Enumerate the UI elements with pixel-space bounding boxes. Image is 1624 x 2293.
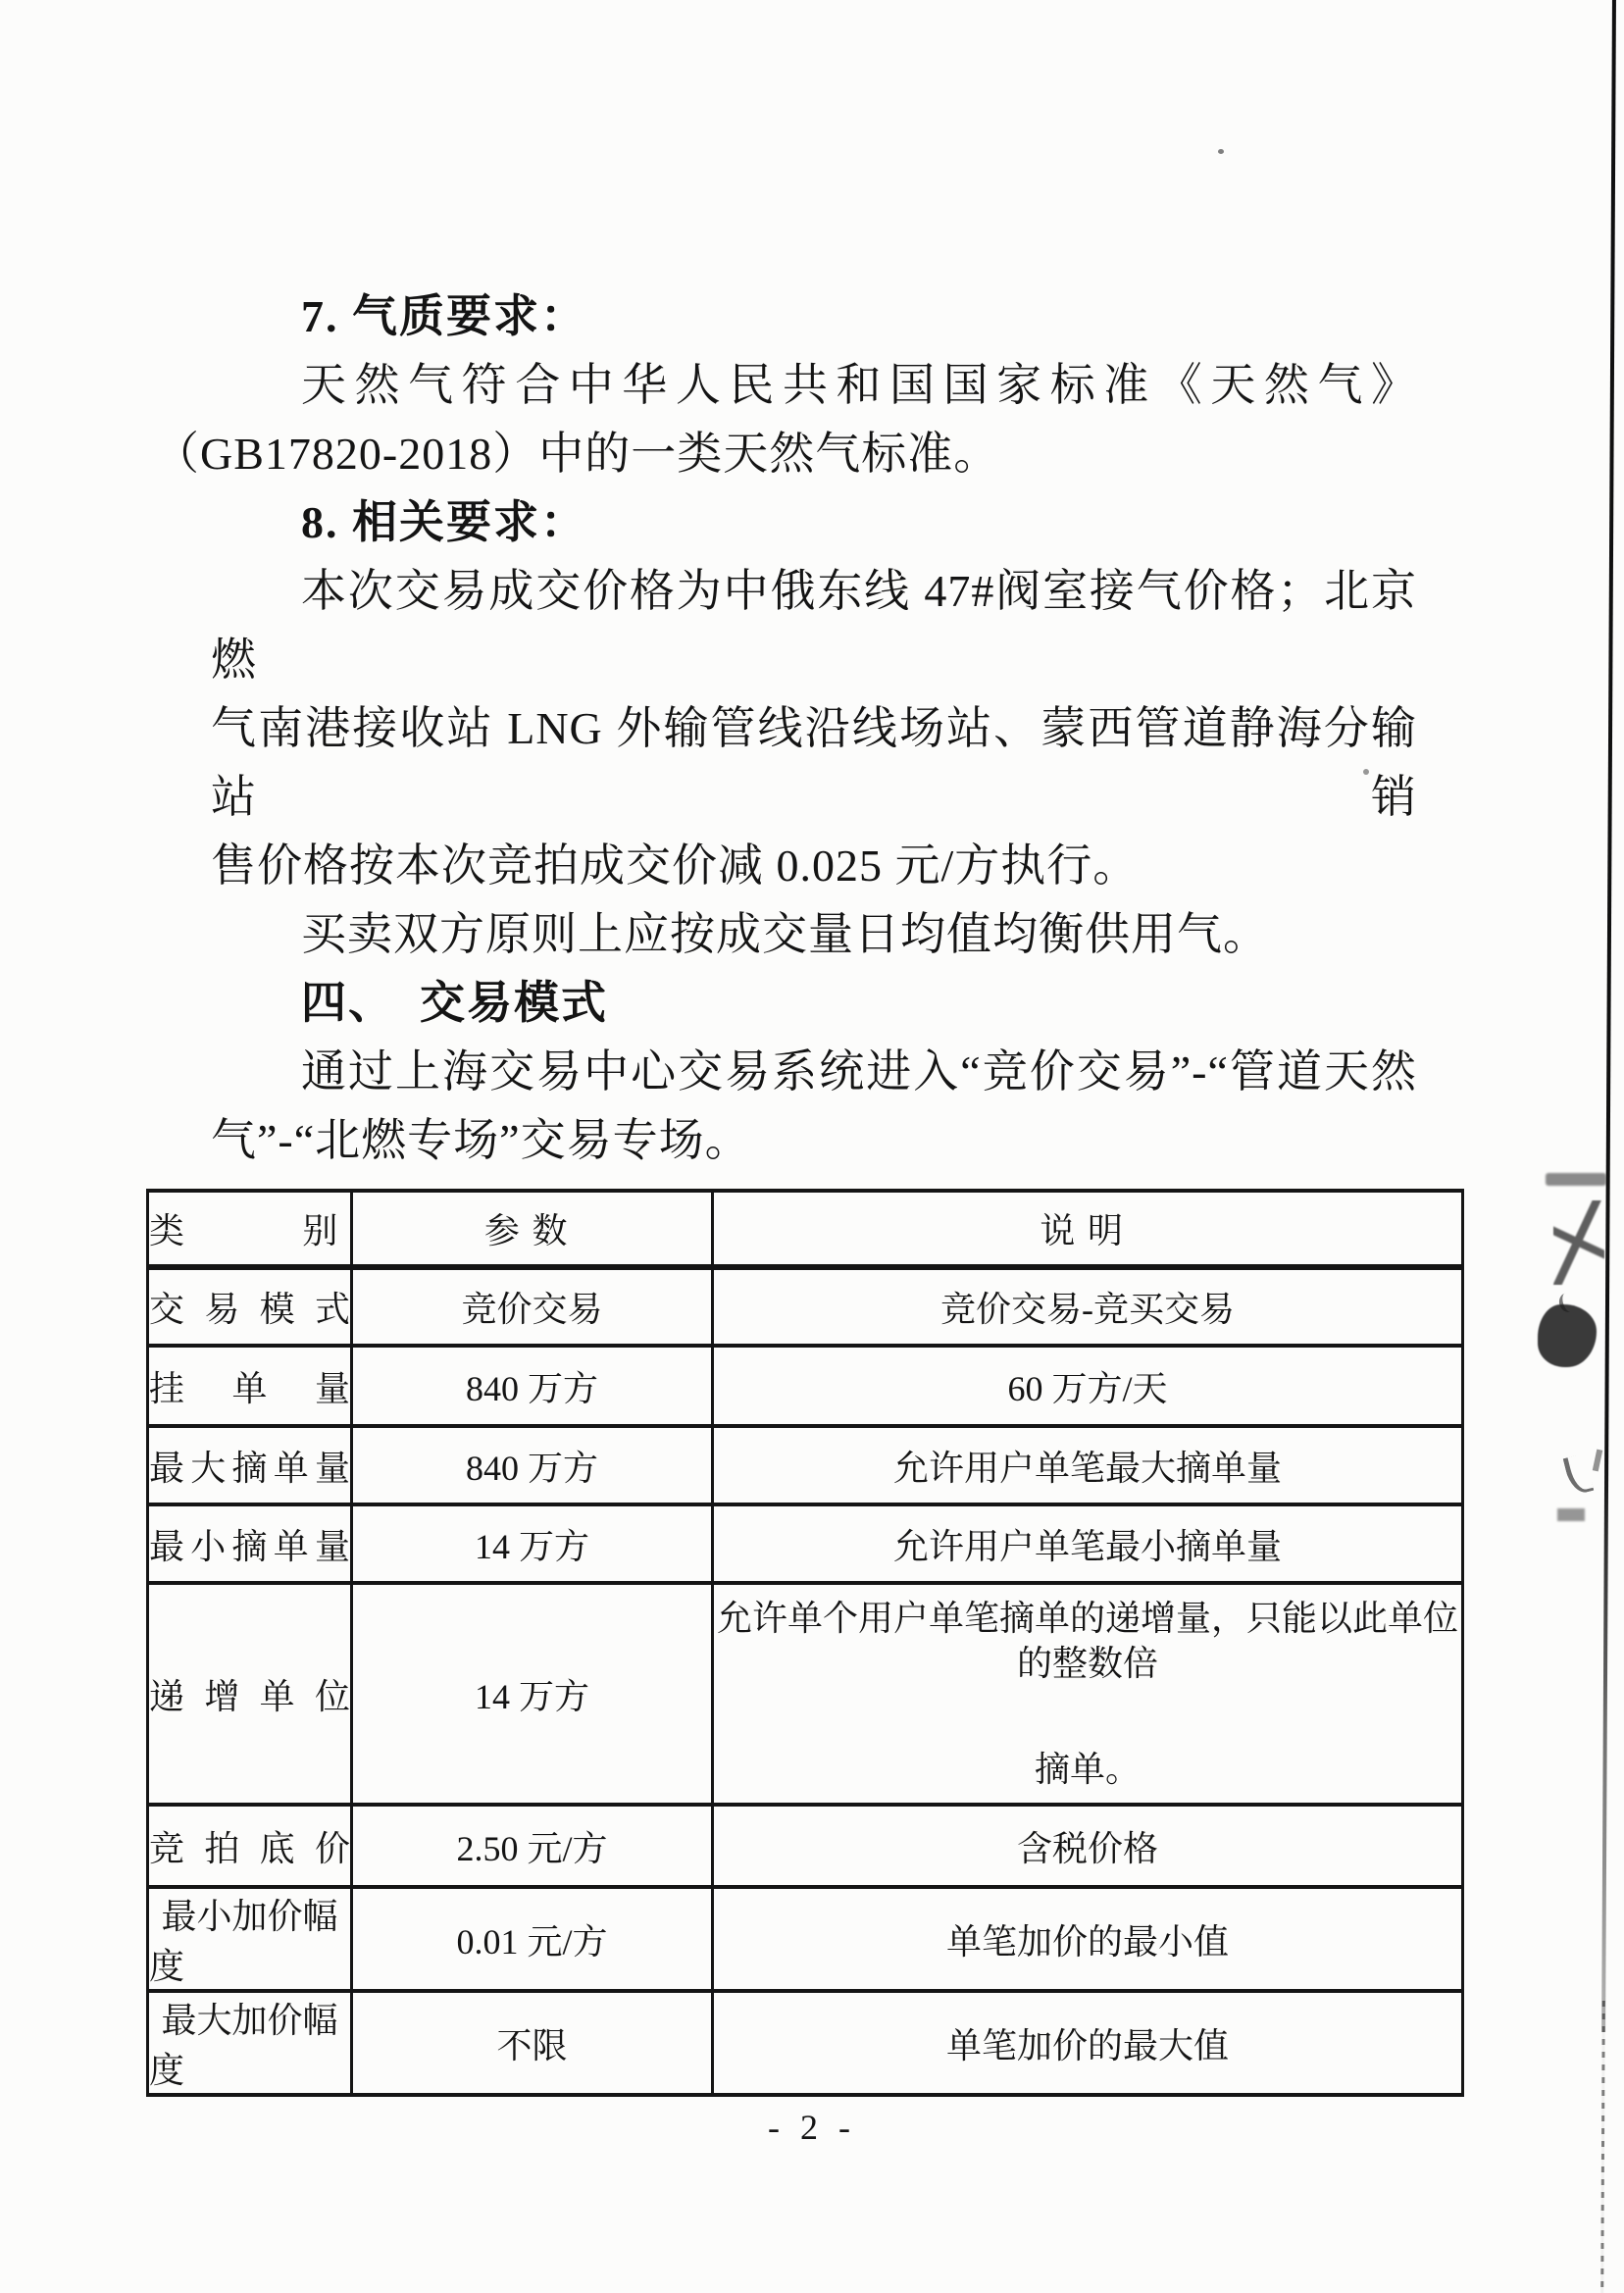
document-content: 7. 气质要求： 天然气符合中华人民共和国国家标准《天然气》 （GB17820-… [146, 0, 1461, 2097]
table-row: 最小摘单量 14 万方 允许用户单笔最小摘单量 [148, 1504, 1463, 1583]
scan-artifact-smudge [1556, 1291, 1579, 1315]
cell-parameter: 14 万方 [352, 1583, 713, 1805]
section-heading-7: 7. 气质要求： [211, 282, 1417, 351]
cell-category: 递增单位 [148, 1583, 352, 1805]
section-heading-8: 8. 相关要求： [211, 488, 1417, 557]
cell-category: 竞拍底价 [148, 1805, 352, 1887]
cell-category: 最小摘单量 [148, 1504, 352, 1583]
table-row: 最大摘单量 840 万方 允许用户单笔最大摘单量 [148, 1426, 1463, 1504]
cell-category: 最大摘单量 [148, 1426, 352, 1504]
body-line: 气”-“北燃专场”交易专场。 [211, 1106, 1417, 1175]
cell-parameter: 14 万方 [352, 1504, 713, 1583]
scan-artifact-smudge [1546, 1173, 1606, 1186]
cell-parameter: 2.50 元/方 [352, 1805, 713, 1887]
scan-artifact-smudge [1563, 1453, 1595, 1496]
table-row: 挂单量 840 万方 60 万方/天 [148, 1346, 1463, 1426]
cell-description: 单笔加价的最小值 [713, 1887, 1463, 1991]
cell-description: 竞价交易-竞买交易 [713, 1267, 1463, 1346]
body-line: 买卖双方原则上应按成交量日均值均衡供用气。 [211, 900, 1417, 969]
table-header-row: 类别 参数 说明 [148, 1191, 1463, 1267]
cell-description: 允许用户单笔最大摘单量 [713, 1426, 1463, 1504]
table-row: 竞拍底价 2.50 元/方 含税价格 [148, 1805, 1463, 1887]
scan-artifact-smudge [1557, 1508, 1585, 1521]
description-line: 摘单。 [714, 1747, 1461, 1792]
cell-parameter: 0.01 元/方 [352, 1887, 713, 1991]
column-header-category: 类别 [148, 1191, 352, 1267]
cell-parameter: 竞价交易 [352, 1267, 713, 1346]
cell-category: 最大加价幅度 [148, 1991, 352, 2095]
document-page: 7. 气质要求： 天然气符合中华人民共和国国家标准《天然气》 （GB17820-… [0, 0, 1624, 2293]
cell-parameter: 840 万方 [352, 1346, 713, 1426]
cell-description: 单笔加价的最大值 [713, 1991, 1463, 2095]
section-heading-4-trading-mode: 四、 交易模式 [211, 969, 1417, 1038]
body-line: 通过上海交易中心交易系统进入“竞价交易”-“管道天然 [211, 1038, 1417, 1106]
table-row: 最小加价幅度 0.01 元/方 单笔加价的最小值 [148, 1887, 1463, 1991]
cell-parameter: 不限 [352, 1991, 713, 2095]
scan-artifact-smudge [1553, 1200, 1604, 1285]
cell-category: 挂单量 [148, 1346, 352, 1426]
column-header-description: 说明 [713, 1191, 1463, 1267]
cell-category: 交易模式 [148, 1267, 352, 1346]
scan-artifact-smudge [1593, 1450, 1602, 1472]
cell-description: 允许用户单笔最小摘单量 [713, 1504, 1463, 1583]
cell-description: 60 万方/天 [713, 1346, 1463, 1426]
body-line: 本次交易成交价格为中俄东线 47#阀室接气价格；北京燃 [211, 557, 1417, 694]
table-row: 递增单位 14 万方 允许单个用户单笔摘单的递增量，只能以此单位的整数倍 摘单。 [148, 1583, 1463, 1805]
page-number: - 2 - [0, 2107, 1624, 2148]
body-line: 售价格按本次竞拍成交价减 0.025 元/方执行。 [211, 832, 1417, 900]
column-header-parameter: 参数 [352, 1191, 713, 1267]
scan-artifact-ink-blob [1538, 1304, 1597, 1367]
body-line: （GB17820-2018）中的一类天然气标准。 [211, 420, 1417, 488]
table-row: 交易模式 竞价交易 竞价交易-竞买交易 [148, 1267, 1463, 1346]
scan-artifact-vertical-line [1601, 0, 1616, 2032]
cell-description: 含税价格 [713, 1805, 1463, 1887]
body-line: 天然气符合中华人民共和国国家标准《天然气》 [211, 351, 1417, 420]
description-line: 允许单个用户单笔摘单的递增量，只能以此单位的整数倍 [714, 1596, 1461, 1686]
table-row: 最大加价幅度 不限 单笔加价的最大值 [148, 1991, 1463, 2095]
body-line: 气南港接收站 LNG 外输管线沿线场站、蒙西管道静海分输站销 [211, 694, 1417, 832]
cell-parameter: 840 万方 [352, 1426, 713, 1504]
cell-description: 允许单个用户单笔摘单的递增量，只能以此单位的整数倍 摘单。 [713, 1583, 1463, 1805]
parameters-table: 类别 参数 说明 交易模式 竞价交易 竞价交易-竞买交易 挂单量 840 万方 … [146, 1189, 1464, 2097]
cell-category: 最小加价幅度 [148, 1887, 352, 1991]
